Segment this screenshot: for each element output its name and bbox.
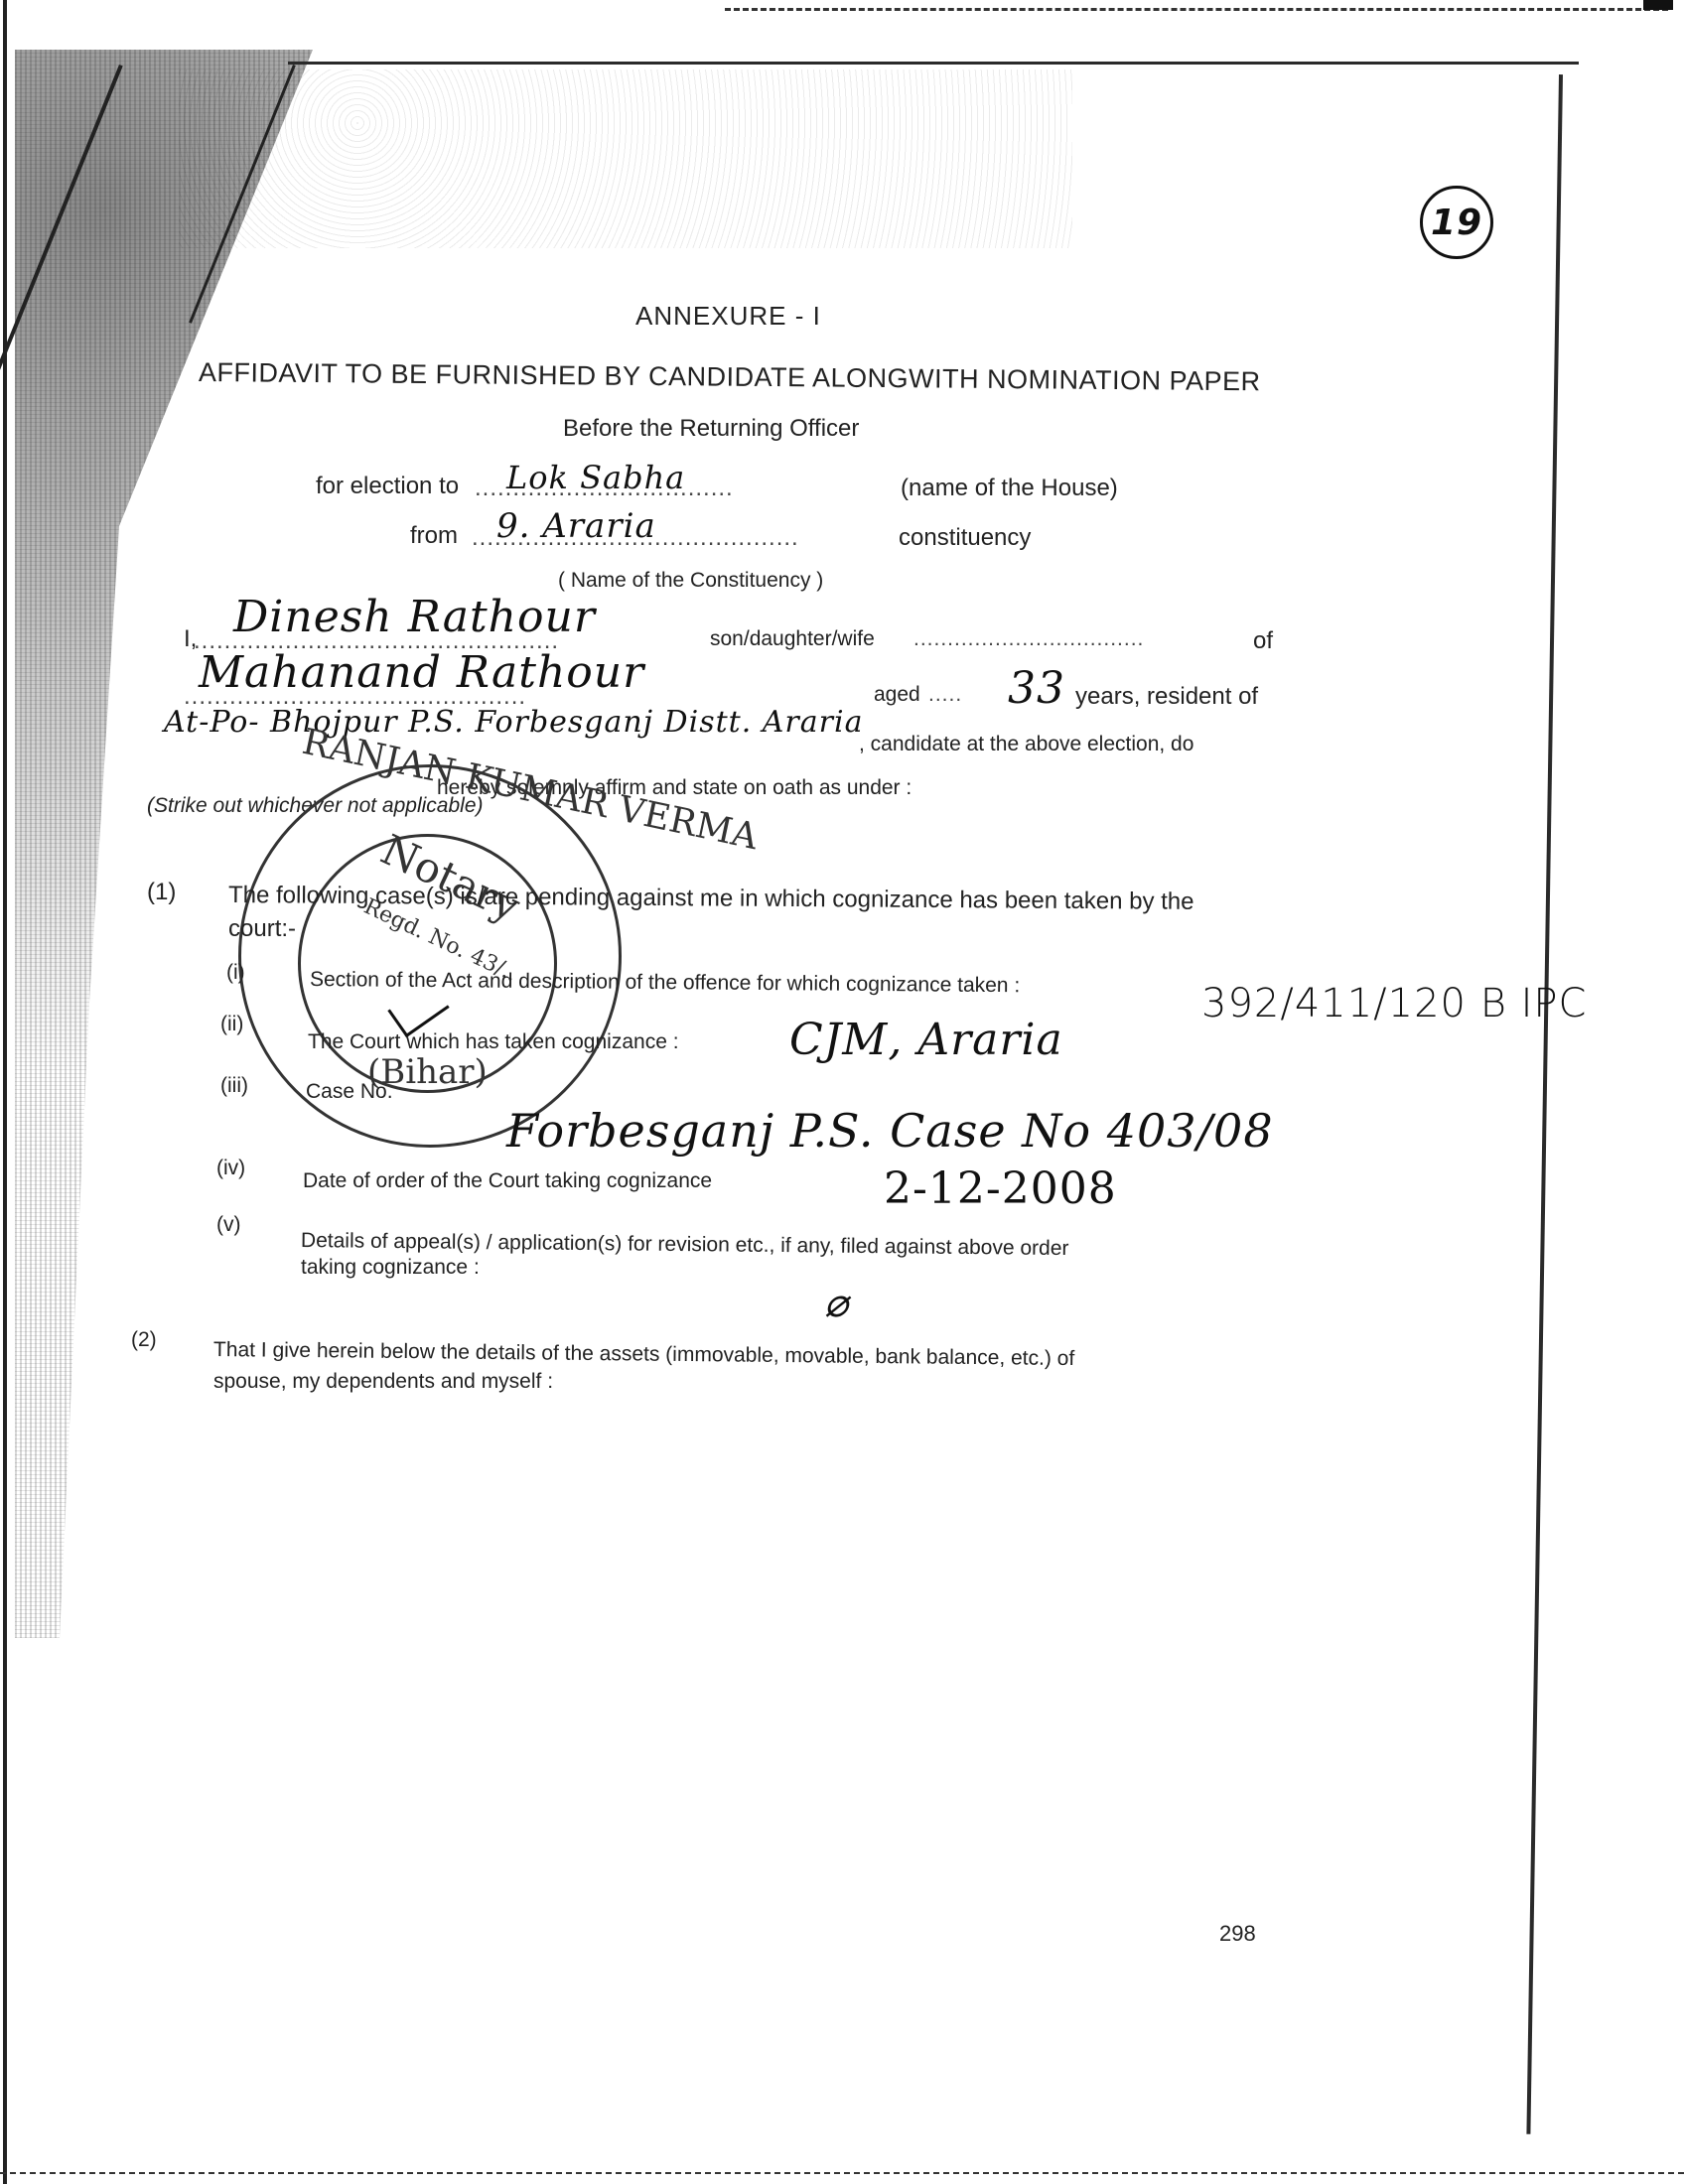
aged-label: aged bbox=[874, 683, 920, 707]
scan-corner-mark bbox=[1643, 0, 1673, 10]
section1-number: (1) bbox=[147, 879, 176, 906]
section2-number: (2) bbox=[131, 1328, 157, 1352]
item-ii-number: (ii) bbox=[220, 1013, 243, 1036]
document-title: AFFIDAVIT TO BE FURNISHED BY CANDIDATE A… bbox=[199, 357, 1261, 397]
item-v-label-2: taking cognizance : bbox=[301, 1256, 480, 1280]
item-iii-value: Forbesganj P.S. Case No 403/08 bbox=[506, 1104, 1274, 1158]
parent-name: Mahanand Rathour bbox=[199, 647, 644, 698]
document-subtitle: Before the Returning Officer bbox=[563, 415, 859, 443]
item-iii-label: Case No. bbox=[306, 1080, 393, 1104]
constituency-label: from bbox=[410, 522, 458, 550]
item-iv-value: 2-12-2008 bbox=[884, 1163, 1117, 1214]
election-suffix: (name of the House) bbox=[901, 475, 1118, 502]
constituency-suffix: constituency bbox=[899, 524, 1031, 552]
relation-suffix: of bbox=[1253, 627, 1273, 655]
scan-noise bbox=[179, 69, 1072, 248]
item-v-value: ⌀ bbox=[824, 1281, 849, 1326]
constituency-caption: ( Name of the Constituency ) bbox=[558, 569, 823, 593]
constituency-value: 9. Araria bbox=[496, 506, 656, 546]
page-frame-top bbox=[288, 62, 1579, 65]
page-frame-right bbox=[1526, 74, 1563, 2134]
page-number: 298 bbox=[1219, 1921, 1256, 1947]
section2-text-2: spouse, my dependents and myself : bbox=[213, 1370, 553, 1394]
relation-label: son/daughter/wife bbox=[710, 627, 875, 651]
aged-dots: ..... bbox=[928, 683, 962, 707]
address-suffix: , candidate at the above election, do bbox=[859, 733, 1193, 756]
election-label: for election to bbox=[316, 473, 459, 500]
item-v-number: (v) bbox=[216, 1213, 241, 1237]
relation-dots: .................................. bbox=[913, 627, 1144, 651]
section2-text: That I give herein below the details of … bbox=[213, 1338, 1075, 1371]
age-value: 33 bbox=[1008, 663, 1065, 714]
candidate-name: Dinesh Rathour bbox=[233, 592, 596, 642]
item-i-value: 392/411/120 B IPC bbox=[1201, 981, 1587, 1026]
circled-page-marker: 19 bbox=[1420, 186, 1493, 259]
scan-top-edge bbox=[725, 8, 1668, 15]
annexure-heading: ANNEXURE - I bbox=[635, 301, 821, 332]
section1-text-court: court:- bbox=[228, 915, 296, 943]
item-i-number: (i) bbox=[226, 961, 245, 985]
item-iii-number: (iii) bbox=[220, 1074, 248, 1098]
folded-corner-shadow bbox=[15, 50, 313, 1638]
election-house-value: Lok Sabha bbox=[506, 459, 685, 496]
item-ii-label: The Court which has taken cognizance : bbox=[308, 1030, 679, 1054]
scan-left-edge bbox=[3, 0, 7, 2184]
scan-bottom-edge bbox=[0, 2172, 1684, 2177]
resident-address: At-Po- Bhojpur P.S. Forbesganj Distt. Ar… bbox=[164, 705, 863, 740]
item-iv-number: (iv) bbox=[216, 1157, 245, 1180]
item-iv-label: Date of order of the Court taking cogniz… bbox=[303, 1169, 712, 1193]
item-ii-value: CJM, Araria bbox=[789, 1015, 1063, 1065]
age-suffix: years, resident of bbox=[1075, 683, 1258, 711]
